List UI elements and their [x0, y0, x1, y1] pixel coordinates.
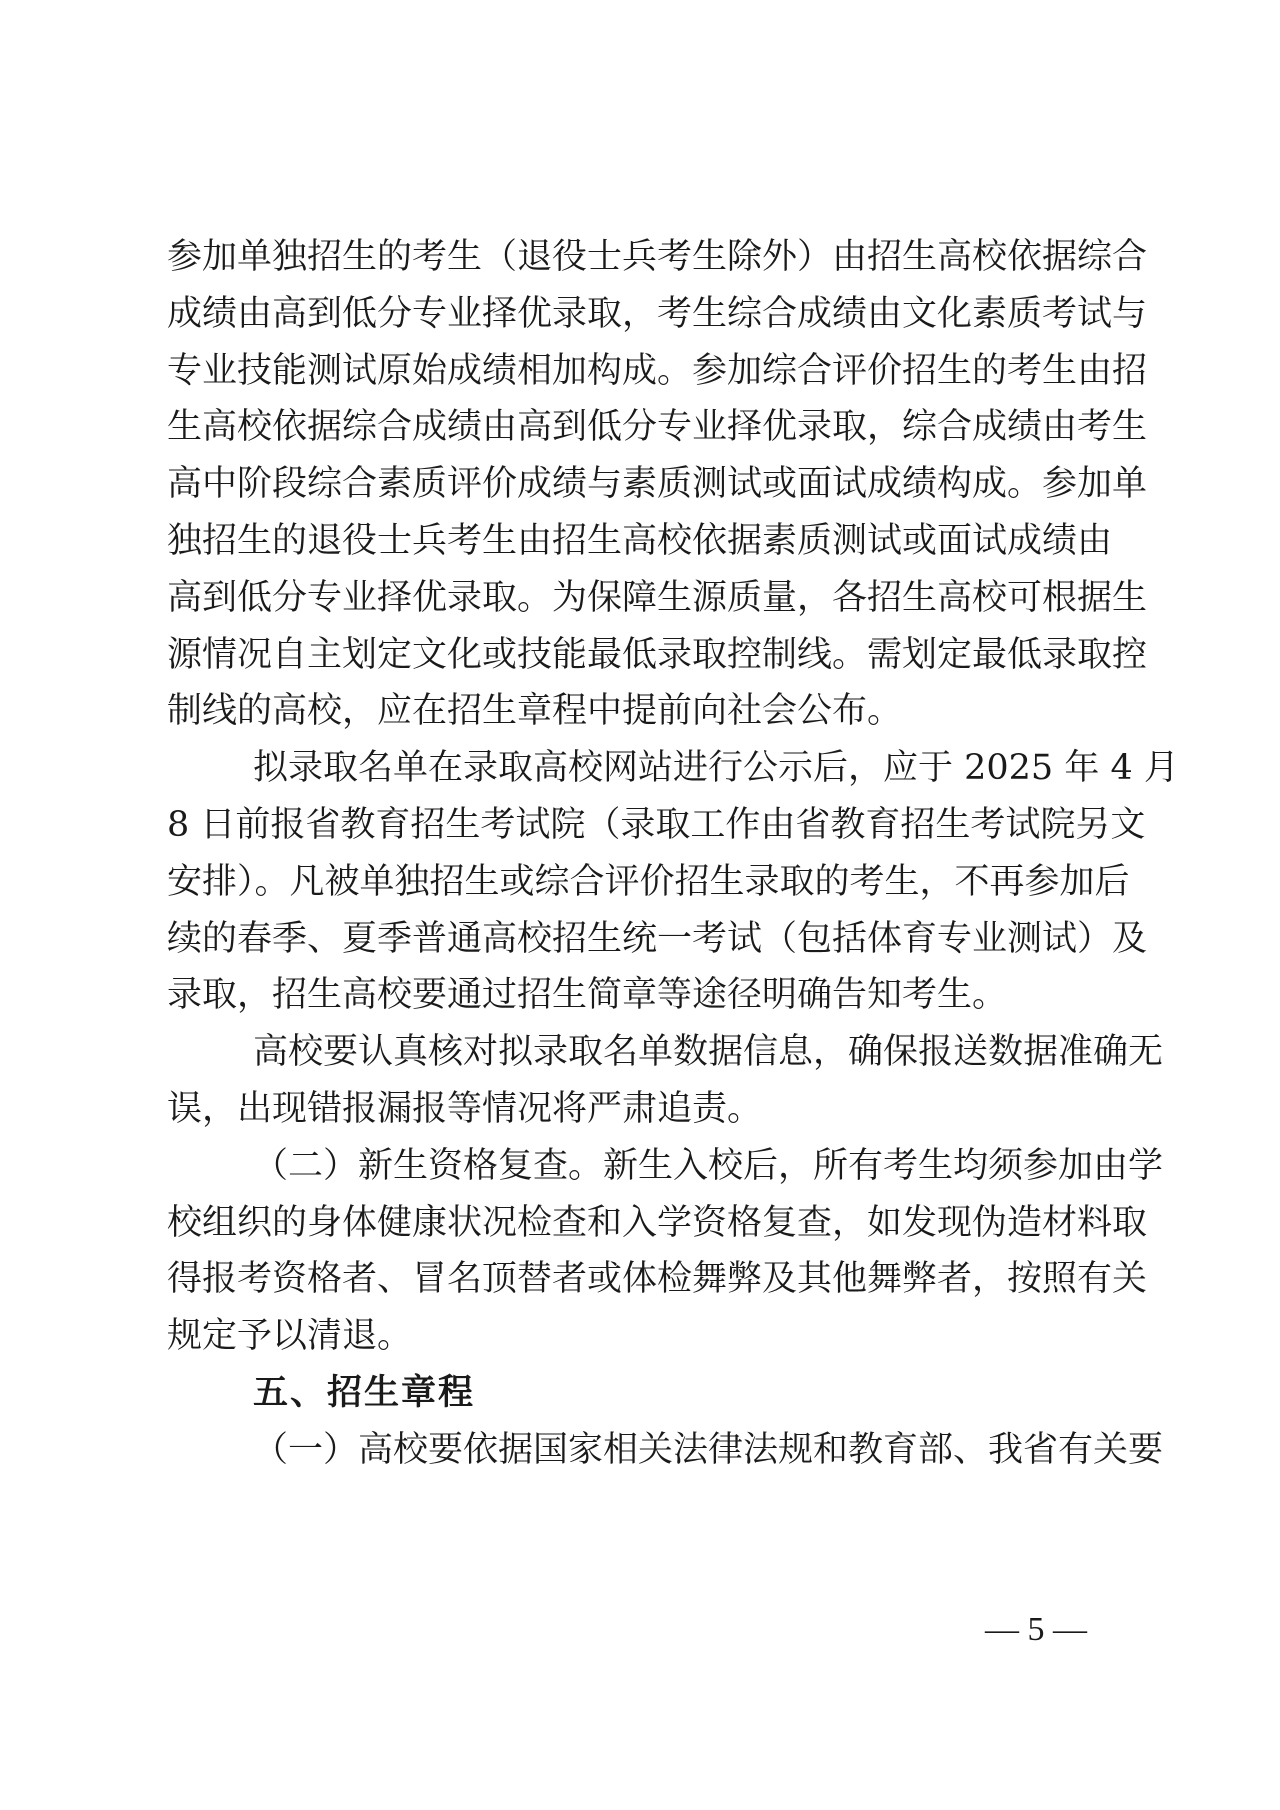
text-line: 生高校依据综合成绩由高到低分专业择优录取，综合成绩由考生 [167, 402, 1112, 452]
text-line: 规定予以清退。 [167, 1311, 1112, 1361]
text-line: 高校要认真核对拟录取名单数据信息，确保报送数据准确无 [253, 1027, 1112, 1077]
text-line: （二）新生资格复查。新生入校后，所有考生均须参加由学 [253, 1141, 1112, 1191]
text-line: 参加单独招生的考生（退役士兵考生除外）由招生高校依据综合 [167, 232, 1112, 282]
text-line: 安排）。凡被单独招生或综合评价招生录取的考生，不再参加后 [167, 857, 1112, 907]
page-number: — 5 — [985, 1607, 1087, 1653]
text-line: 拟录取名单在录取高校网站进行公示后，应于 2025 年 4 月 [253, 743, 1112, 793]
text-line: 误，出现错报漏报等情况将严肃追责。 [167, 1084, 1112, 1134]
text-line: 制线的高校，应在招生章程中提前向社会公布。 [167, 686, 1112, 736]
text-line: 独招生的退役士兵考生由招生高校依据素质测试或面试成绩由 [167, 516, 1112, 566]
text-line: （一）高校要依据国家相关法律法规和教育部、我省有关要 [253, 1425, 1112, 1475]
text-line: 录取，招生高校要通过招生简章等途径明确告知考生。 [167, 970, 1112, 1020]
text-line: 续的春季、夏季普通高校招生统一考试（包括体育专业测试）及 [167, 914, 1112, 964]
text-line: 校组织的身体健康状况检查和入学资格复查，如发现伪造材料取 [167, 1198, 1112, 1248]
text-line: 高到低分专业择优录取。为保障生源质量，各招生高校可根据生 [167, 573, 1112, 623]
text-line: 8 日前报省教育招生考试院（录取工作由省教育招生考试院另文 [167, 800, 1112, 850]
section-heading: 五、招生章程 [253, 1368, 475, 1418]
text-line: 源情况自主划定文化或技能最低录取控制线。需划定最低录取控 [167, 630, 1112, 680]
text-line: 成绩由高到低分专业择优录取，考生综合成绩由文化素质考试与 [167, 289, 1112, 339]
text-line: 得报考资格者、冒名顶替者或体检舞弊及其他舞弊者，按照有关 [167, 1254, 1112, 1304]
text-line: 高中阶段综合素质评价成绩与素质测试或面试成绩构成。参加单 [167, 459, 1112, 509]
document-page: 参加单独招生的考生（退役士兵考生除外）由招生高校依据综合成绩由高到低分专业择优录… [0, 0, 1280, 1810]
text-line: 专业技能测试原始成绩相加构成。参加综合评价招生的考生由招 [167, 346, 1112, 396]
